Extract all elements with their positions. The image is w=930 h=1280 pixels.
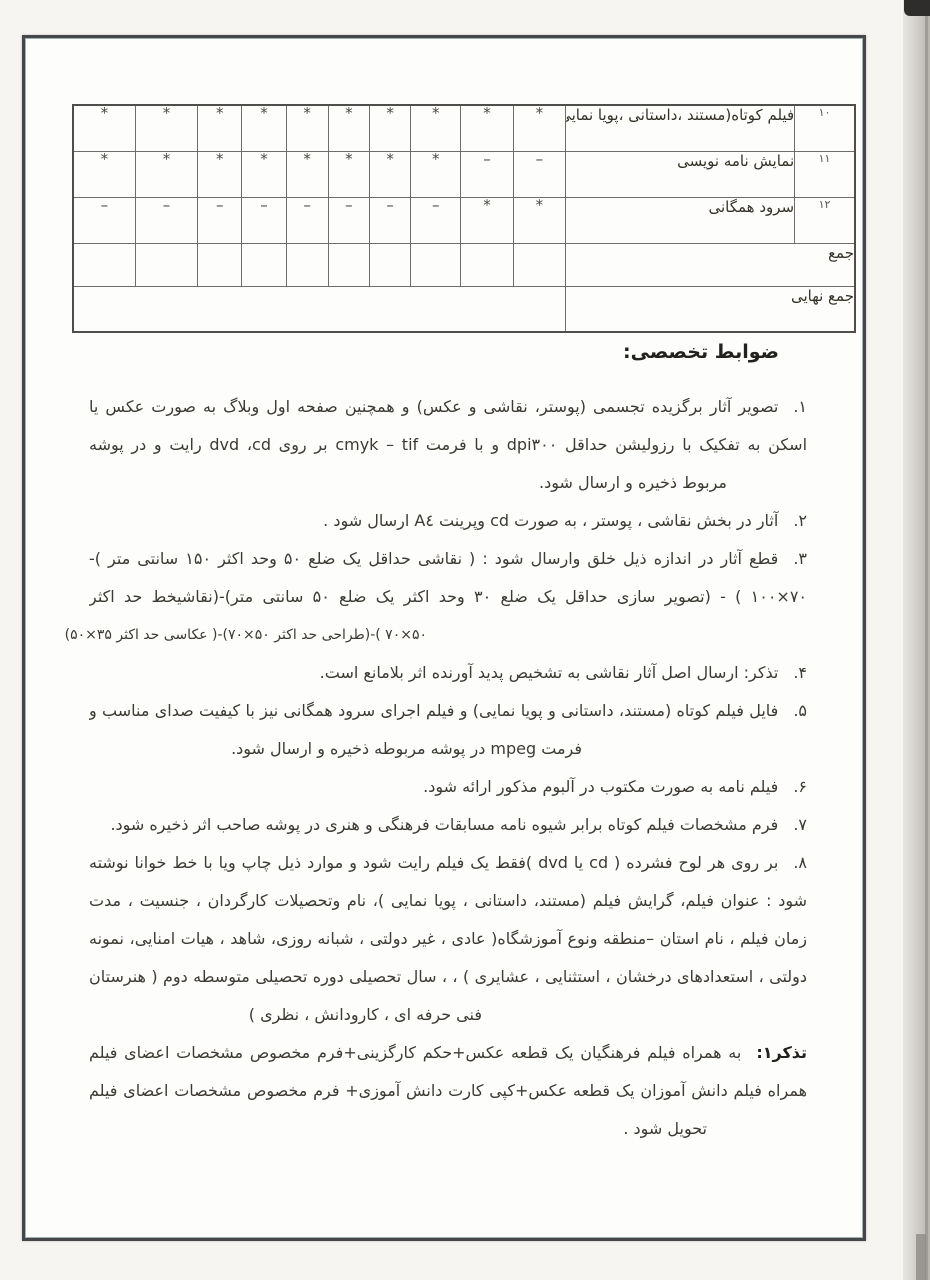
row-number: ۱۱ — [795, 151, 855, 197]
rule-text: زمان فیلم ، نام استان –منطقه ونوع آموزشگ… — [89, 929, 807, 948]
rule-item-8-line-2: شود : عنوان فیلم، گرایش فیلم (مستند، داس… — [89, 882, 807, 920]
score-cell-empty — [461, 243, 513, 286]
score-cell: – — [411, 197, 461, 243]
rule-text: بر روی هر لوح فشرده ( cd یا dvd )فقط یک … — [89, 853, 778, 872]
rule-item-5-number: ۵. — [793, 692, 807, 730]
score-cell: * — [242, 105, 286, 151]
table-row-sum: جمع — [73, 243, 855, 286]
notice-text: به همراه فیلم فرهنگیان یک قطعه عکس+حکم ک… — [89, 1043, 807, 1072]
rule-text: فرمت mpeg در پوشه مربوطه ذخیره و ارسال ش… — [231, 739, 582, 758]
score-cell: * — [411, 151, 461, 197]
final-sum-empty-cell — [73, 286, 565, 332]
rule-text: قطع آثار در اندازه ذیل خلق وارسال شود : … — [89, 549, 807, 578]
score-cell: – — [242, 197, 286, 243]
score-cell: * — [286, 105, 328, 151]
score-cell: * — [513, 197, 565, 243]
scanner-edge-strip — [903, 0, 930, 1280]
score-cell: * — [411, 105, 461, 151]
rule-item-8-line-4: دولتی ، استعدادهای درخشان ، استثنایی ، ع… — [89, 958, 807, 996]
rule-item-7-line-1: ۷.فرم مشخصات فیلم کوتاه برابر شیوه نامه … — [89, 806, 807, 844]
scan-bottom-mark — [916, 1234, 926, 1280]
rule-item-8-line-3: زمان فیلم ، نام استان –منطقه ونوع آموزشگ… — [89, 920, 807, 958]
rule-item-1-line-1: ۱.تصویر آثار برگزیده تجسمی (پوستر، نقاشی… — [89, 388, 807, 426]
notice-text: همراه فیلم دانش آموزان یک قطعه عکس+کپی ک… — [89, 1081, 807, 1100]
score-cell: * — [328, 105, 369, 151]
score-cell: – — [73, 197, 135, 243]
rule-item-7-number: ۷. — [793, 806, 807, 844]
rule-text: فایل فیلم کوتاه (مستند، داستانی و پویا ن… — [89, 701, 778, 720]
section-heading: ضوابط تخصصی: — [623, 341, 779, 363]
rule-text: اسکن به تفکیک با رزولیشن حداقل dpi۳۰۰ و … — [89, 435, 807, 454]
rule-item-6-line-1: ۶.فیلم نامه به صورت مکتوب در آلبوم مذکور… — [89, 768, 807, 806]
score-cell: * — [461, 105, 513, 151]
rules-list: ۱.تصویر آثار برگزیده تجسمی (پوستر، نقاشی… — [89, 388, 807, 1148]
rule-item-3-line-3: ۵۰×۷۰ )-(طراحی حد اکثر ۵۰×۷۰)-( عکاسی حد… — [89, 616, 427, 654]
score-cell: * — [513, 105, 565, 151]
rule-item-4-line-1: ۴.تذکر: ارسال اصل آثار نقاشی به تشخیص پد… — [89, 654, 807, 692]
final-sum-label: جمع نهایی — [565, 286, 855, 332]
row-label: سرود همگانی — [565, 197, 794, 243]
score-cell: * — [328, 151, 369, 197]
row-label: نمایش نامه نویسی — [565, 151, 794, 197]
rule-text: ۵۰×۷۰ )-(طراحی حد اکثر ۵۰×۷۰)-( عکاسی حد… — [65, 627, 427, 643]
notice-line-3: تحویل شود . — [89, 1110, 707, 1148]
notice-line-1: تذکر۱:به همراه فیلم فرهنگیان یک قطعه عکس… — [89, 1034, 807, 1072]
score-cell-empty — [198, 243, 242, 286]
score-cell: – — [135, 197, 197, 243]
notice-label: تذکر۱: — [756, 1034, 807, 1072]
rule-item-5-line-2: فرمت mpeg در پوشه مربوطه ذخیره و ارسال ش… — [89, 730, 582, 768]
scan-corner-mark — [904, 0, 930, 16]
rule-item-1-line-2: اسکن به تفکیک با رزولیشن حداقل dpi۳۰۰ و … — [89, 426, 807, 464]
document-page: * * * * * * * * * * فیلم کوتاه(مستند ،دا… — [22, 35, 866, 1241]
rule-item-6-number: ۶. — [793, 768, 807, 806]
score-cell: * — [135, 105, 197, 151]
sum-label: جمع — [565, 243, 855, 286]
score-cell: – — [286, 197, 328, 243]
scanner-edge-line — [925, 0, 928, 1280]
rule-text: فنی حرفه ای ، کارودانش ، نظری ) — [249, 1005, 482, 1024]
rule-item-8-number: ۸. — [793, 844, 807, 882]
rule-item-3-number: ۳. — [793, 540, 807, 578]
score-cell: * — [198, 105, 242, 151]
notice-line-2: همراه فیلم دانش آموزان یک قطعه عکس+کپی ک… — [89, 1072, 807, 1110]
rule-text: مربوط ذخیره و ارسال شود. — [539, 473, 727, 492]
rule-item-3-line-2: ۷۰×۱۰۰ ) - (تصویر سازی حداقل یک ضلع ۳۰ و… — [89, 578, 807, 616]
score-cell-empty — [135, 243, 197, 286]
score-cell: – — [369, 197, 410, 243]
score-cell-empty — [369, 243, 410, 286]
scanned-document: { "table": { "rows": [ { "num": "۱۰", "l… — [0, 0, 930, 1280]
row-number: ۱۰ — [795, 105, 855, 151]
score-cell-empty — [328, 243, 369, 286]
score-cell: * — [73, 151, 135, 197]
rule-item-2-line-1: ۲.آثار در بخش نقاشی ، پوستر ، به صورت cd… — [89, 502, 807, 540]
score-cell-empty — [242, 243, 286, 286]
rule-item-8-line-5: فنی حرفه ای ، کارودانش ، نظری ) — [89, 996, 482, 1034]
score-cell: – — [461, 151, 513, 197]
table-row-playwriting: * * * * * * * * – – نمایش نامه نویسی ۱۱ — [73, 151, 855, 197]
rule-item-3-line-1: ۳.قطع آثار در اندازه ذیل خلق وارسال شود … — [89, 540, 807, 578]
score-cell: * — [461, 197, 513, 243]
rule-text: ۷۰×۱۰۰ ) - (تصویر سازی حداقل یک ضلع ۳۰ و… — [89, 587, 807, 606]
score-cell: * — [369, 105, 410, 151]
rule-item-4-number: ۴. — [793, 654, 807, 692]
score-cell-empty — [513, 243, 565, 286]
rule-text: آثار در بخش نقاشی ، پوستر ، به صورت cd و… — [323, 511, 778, 530]
table-row-group-anthem: – – – – – – – – * * سرود همگانی ۱۲ — [73, 197, 855, 243]
score-cell: – — [198, 197, 242, 243]
rule-text: تذکر: ارسال اصل آثار نقاشی به تشخیص پدید… — [320, 663, 779, 682]
row-label: فیلم کوتاه(مستند ،داستانی ،پویا نمایی ) — [565, 105, 794, 151]
score-cell-empty — [286, 243, 328, 286]
rule-text: فیلم نامه به صورت مکتوب در آلبوم مذکور ا… — [423, 777, 778, 796]
score-cell: * — [198, 151, 242, 197]
table-row-short-film: * * * * * * * * * * فیلم کوتاه(مستند ،دا… — [73, 105, 855, 151]
rule-item-1-number: ۱. — [793, 388, 807, 426]
rule-item-5-line-1: ۵.فایل فیلم کوتاه (مستند، داستانی و پویا… — [89, 692, 807, 730]
rule-item-8-line-1: ۸.بر روی هر لوح فشرده ( cd یا dvd )فقط ی… — [89, 844, 807, 882]
score-cell-empty — [73, 243, 135, 286]
notice-text: تحویل شود . — [623, 1119, 707, 1138]
score-cell: * — [369, 151, 410, 197]
rule-item-1-line-3: مربوط ذخیره و ارسال شود. — [89, 464, 727, 502]
table-row-final-sum: جمع نهایی — [73, 286, 855, 332]
score-cell: * — [73, 105, 135, 151]
rule-text: دولتی ، استعدادهای درخشان ، استثنایی ، ع… — [89, 967, 807, 986]
score-cell: – — [328, 197, 369, 243]
score-cell-empty — [411, 243, 461, 286]
rule-item-2-number: ۲. — [793, 502, 807, 540]
rule-text: شود : عنوان فیلم، گرایش فیلم (مستند، داس… — [89, 891, 807, 910]
score-cell: * — [286, 151, 328, 197]
score-cell: – — [513, 151, 565, 197]
score-cell: * — [242, 151, 286, 197]
score-cell: * — [135, 151, 197, 197]
rule-text: فرم مشخصات فیلم کوتاه برابر شیوه نامه مس… — [110, 815, 778, 834]
row-number: ۱۲ — [795, 197, 855, 243]
score-table: * * * * * * * * * * فیلم کوتاه(مستند ،دا… — [72, 104, 856, 333]
rule-text: تصویر آثار برگزیده تجسمی (پوستر، نقاشی و… — [89, 397, 778, 416]
